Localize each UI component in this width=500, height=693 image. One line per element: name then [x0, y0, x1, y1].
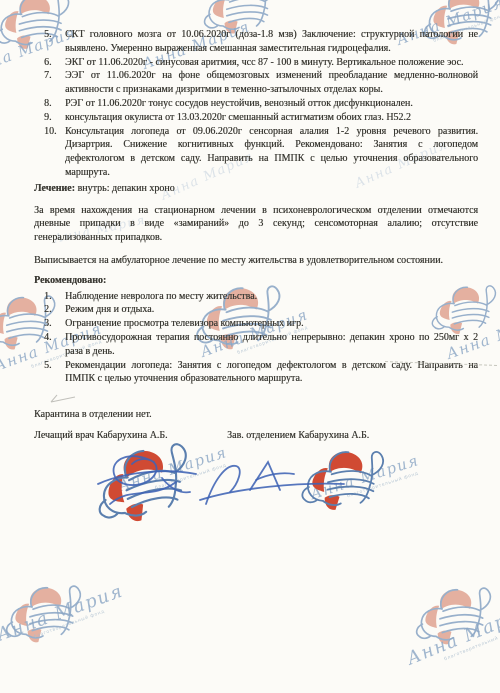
recommendations-label: Рекомендовано: [34, 274, 478, 288]
recommendation-number: 2. [34, 303, 65, 317]
finding-item: 5. СКТ головного мозга от 10.06.2020г (д… [34, 28, 478, 56]
recommendation-text: Режим дня и отдыха. [65, 303, 478, 317]
foundation-logo-icon [414, 586, 498, 656]
discharge-line: Выписывается на амбулаторное лечение по … [34, 254, 478, 268]
treatment-label: Лечение: [34, 183, 75, 194]
finding-number: 5. [34, 28, 65, 56]
recommendation-item: 3. Ограничение просмотра телевизора комп… [34, 317, 478, 331]
recommendations-list: 1. Наблюдение невролога по месту жительс… [34, 290, 478, 387]
treatment-line: Лечение: внутрь: депакин хроно [34, 182, 478, 196]
attending-doctor-label: Лечащий врач Кабарухина А.Б. [34, 429, 227, 443]
watermark-brand-text: Анна Марияблаготворительный фонд [0, 581, 128, 652]
finding-text: ЭЭГ от 11.06.2020г на фоне общемозговых … [65, 69, 478, 97]
head-of-department-signature [198, 456, 348, 511]
recommendation-item: 1. Наблюдение невролога по месту жительс… [34, 290, 478, 304]
finding-item: 9. консультация окулиста от 13.03.2020г … [34, 111, 478, 125]
finding-number: 8. [34, 97, 65, 111]
recommendation-text: Наблюдение невролога по месту жительства… [65, 290, 478, 304]
attending-doctor-signature [92, 448, 204, 518]
recommendation-text: Противосудорожная терапия постоянно длит… [65, 331, 478, 359]
finding-number: 7. [34, 69, 65, 97]
scanned-discharge-document-page: Анна Мария Анна Мария Анна Марияблаготво… [0, 0, 500, 693]
foundation-logo-icon [4, 584, 88, 654]
findings-list: 5. СКТ головного мозга от 10.06.2020г (д… [34, 28, 478, 180]
pen-tick-mark [48, 393, 78, 405]
recommendation-number: 4. [34, 331, 65, 359]
watermark-brand-text: Анна Марияблаготворительный фонд [404, 600, 500, 675]
head-of-department-label: Зав. отделением Кабарухина А.Б. [227, 429, 478, 443]
finding-text: ЭКГ от 11.06.2020г - синусовая аритмия, … [65, 56, 478, 70]
signature-row: Лечащий врач Кабарухина А.Б. Зав. отделе… [34, 429, 478, 443]
document-body: 5. СКТ головного мозга от 10.06.2020г (д… [0, 0, 500, 443]
finding-text: консультация окулиста от 13.03.2020г сме… [65, 111, 478, 125]
finding-item: 10. Консультация логопеда от 09.06.2020г… [34, 125, 478, 180]
finding-number: 10. [34, 125, 65, 180]
finding-number: 6. [34, 56, 65, 70]
recommendation-item: 4. Противосудорожная терапия постоянно д… [34, 331, 478, 359]
recommendation-number: 5. [34, 359, 65, 387]
finding-text: РЭГ от 11.06.2020г тонус сосудов неустой… [65, 97, 478, 111]
finding-text: Консультация логопеда от 09.06.2020г сен… [65, 125, 478, 180]
recommendation-text: Ограничение просмотра телевизора компьют… [65, 317, 478, 331]
finding-text: СКТ головного мозга от 10.06.2020г (доза… [65, 28, 478, 56]
finding-item: 6. ЭКГ от 11.06.2020г - синусовая аритми… [34, 56, 478, 70]
recommendation-number: 1. [34, 290, 65, 304]
recommendation-item: 2. Режим дня и отдыха. [34, 303, 478, 317]
finding-number: 9. [34, 111, 65, 125]
treatment-text: внутрь: депакин хроно [77, 183, 174, 194]
course-paragraph: За время нахождения на стационарном лече… [34, 204, 478, 245]
quarantine-line: Карантина в отделении нет. [34, 408, 478, 422]
recommendation-number: 3. [34, 317, 65, 331]
finding-item: 7. ЭЭГ от 11.06.2020г на фоне общемозгов… [34, 69, 478, 97]
finding-item: 8. РЭГ от 11.06.2020г тонус сосудов неус… [34, 97, 478, 111]
